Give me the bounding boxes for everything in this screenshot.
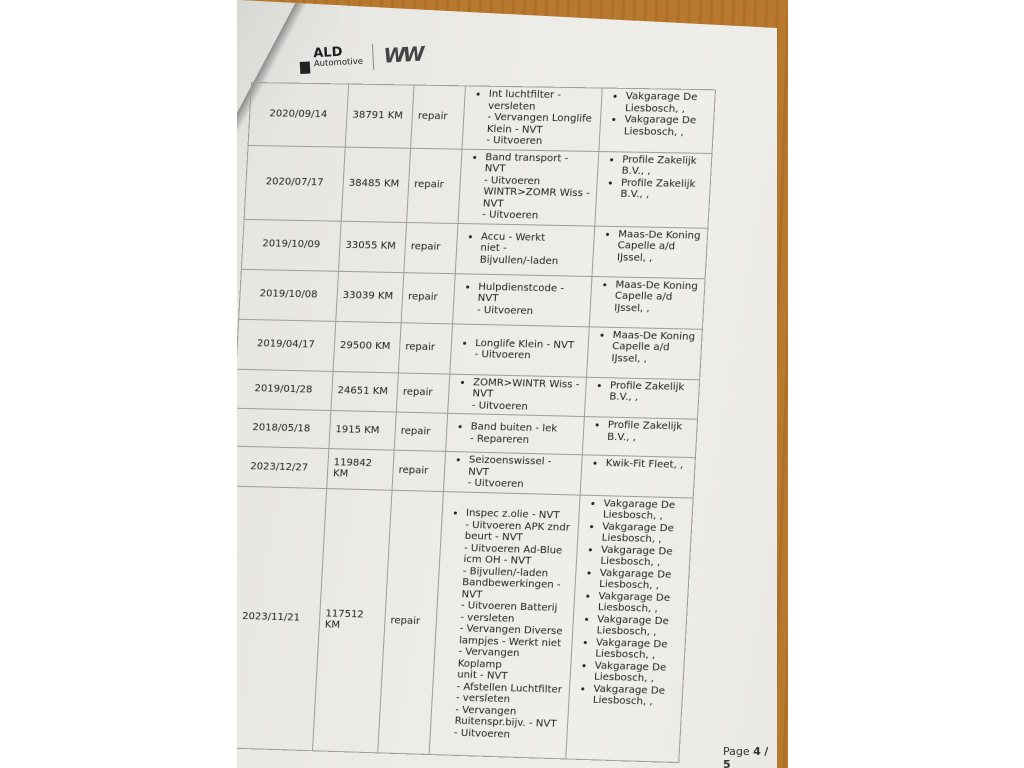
service-description: Hulpdienstcode -NVT- Uitvoeren bbox=[453, 273, 592, 326]
ald-automotive-logo: ALD Automotive bbox=[313, 45, 363, 69]
service-history-table-wrap: 2020/09/1438791 KMrepairInt luchtfilter … bbox=[237, 82, 716, 763]
garage-item: Profile Zakelijk B.V., , bbox=[607, 420, 692, 445]
garage-item: Kwik-Fit Fleet, , bbox=[605, 458, 689, 472]
description-item: ZOMR>WINTR Wiss -NVT- Uitvoeren bbox=[472, 377, 581, 414]
garage-item: Maas-De Koning Capelle a/d IJssel, , bbox=[617, 229, 703, 265]
service-description: Band buiten - lek- Repareren bbox=[446, 413, 585, 455]
garage-item: Vakgarage De Liesbosch, , bbox=[593, 683, 678, 709]
service-type: repair bbox=[392, 450, 446, 491]
page-separator: / bbox=[764, 745, 768, 758]
service-garage: Kwik-Fit Fleet, , bbox=[580, 455, 695, 498]
description-list: Band buiten - lek- Repareren bbox=[452, 421, 579, 447]
garage-item: Profile Zakelijk B.V., , bbox=[620, 177, 705, 202]
service-description: Band transport -NVT- UitvoerenWINTR>ZOMR… bbox=[458, 149, 599, 226]
service-type: repair bbox=[398, 322, 452, 373]
garage-list: Profile Zakelijk B.V., , bbox=[591, 379, 694, 405]
service-date: 2020/07/17 bbox=[244, 145, 345, 221]
logo-divider bbox=[372, 44, 374, 70]
service-garage: Profile Zakelijk B.V., , bbox=[584, 377, 699, 419]
service-garage: Maas-De Koning Capelle a/d IJssel, , bbox=[589, 276, 705, 329]
service-garage: Vakgarage De Liesbosch, ,Vakgarage De Li… bbox=[566, 495, 693, 762]
description-line: Int luchtfilter - bbox=[488, 89, 596, 102]
description-list: Accu - Werktniet -Bijvullen/-laden bbox=[461, 231, 589, 268]
garage-list: Maas-De Koning Capelle a/d IJssel, , bbox=[596, 279, 700, 316]
page-footer: Page 4 / 5 bbox=[723, 745, 777, 768]
description-item: Inspec z.olie - NVT- Uitvoeren APK zndrb… bbox=[454, 508, 574, 742]
garage-list: Profile Zakelijk B.V., ,Profile Zakelijk… bbox=[602, 154, 706, 202]
description-line: - Uitvoeren bbox=[472, 400, 580, 414]
description-item: Hulpdienstcode -NVT- Uitvoeren bbox=[477, 281, 586, 318]
service-date: 2019/04/17 bbox=[237, 319, 336, 371]
description-item: Int luchtfilter -versleten- Vervangen Lo… bbox=[486, 89, 597, 149]
garage-item: Vakgarage De Liesbosch, , bbox=[595, 637, 680, 663]
total-pages: 5 bbox=[723, 758, 731, 768]
page-label: Page bbox=[723, 745, 750, 758]
service-garage: Maas-De Koning Capelle a/d IJssel, , bbox=[587, 326, 703, 379]
garage-item: Vakgarage De Liesbosch, , bbox=[594, 660, 679, 686]
garage-list: Maas-De Koning Capelle a/d IJssel, , bbox=[598, 228, 702, 265]
table-row: 2020/07/1738485 KMrepairBand transport -… bbox=[244, 145, 712, 228]
garage-item: Maas-De Koning Capelle a/d IJssel, , bbox=[611, 329, 697, 366]
service-date: 2023/11/21 bbox=[237, 486, 327, 751]
garage-list: Kwik-Fit Fleet, , bbox=[587, 457, 690, 471]
partner-logo-icon: WW bbox=[383, 42, 422, 68]
service-date: 2019/01/28 bbox=[237, 369, 333, 411]
service-type: repair bbox=[411, 85, 466, 149]
current-page: 4 bbox=[753, 745, 761, 758]
description-line: - Uitvoeren bbox=[467, 478, 575, 492]
service-type: repair bbox=[407, 148, 462, 223]
description-line: - Vervangen Koplamp bbox=[458, 646, 567, 672]
service-mileage: 38485 KM bbox=[341, 147, 410, 222]
service-garage: Vakgarage De Liesbosch, ,Vakgarage De Li… bbox=[599, 88, 716, 153]
service-description: Inspec z.olie - NVT- Uitvoeren APK zndrb… bbox=[429, 491, 580, 758]
service-description: Accu - Werktniet -Bijvullen/-laden bbox=[455, 223, 594, 276]
service-history-body: 2020/09/1438791 KMrepairInt luchtfilter … bbox=[237, 83, 715, 763]
description-list: Hulpdienstcode -NVT- Uitvoeren bbox=[459, 281, 586, 318]
garage-item: Profile Zakelijk B.V., , bbox=[609, 380, 694, 405]
service-type: repair bbox=[394, 412, 447, 451]
service-type: repair bbox=[401, 272, 455, 323]
document-photo: ALD Automotive WW 2020/09/1438791 KMrepa… bbox=[237, 0, 788, 768]
description-line: Bijvullen/-laden bbox=[479, 254, 587, 268]
service-garage: Profile Zakelijk B.V., , bbox=[582, 417, 697, 458]
garage-item: Vakgarage De Liesbosch, , bbox=[598, 590, 683, 616]
service-description: Longlife Klein - NVT- Uitvoeren bbox=[450, 323, 589, 376]
paper-sheet: ALD Automotive WW 2020/09/1438791 KMrepa… bbox=[237, 0, 777, 768]
service-mileage: 29500 KM bbox=[333, 321, 401, 373]
service-mileage: 33039 KM bbox=[336, 271, 404, 322]
garage-list: Vakgarage De Liesbosch, ,Vakgarage De Li… bbox=[574, 497, 687, 709]
description-list: Seizoenswissel -NVT- Uitvoeren bbox=[449, 454, 576, 492]
garage-list: Vakgarage De Liesbosch, ,Vakgarage De Li… bbox=[605, 91, 709, 139]
description-item: Band transport -NVT- UitvoerenWINTR>ZOMR… bbox=[482, 152, 593, 223]
garage-list: Profile Zakelijk B.V., , bbox=[589, 419, 692, 445]
service-description: Seizoenswissel -NVT- Uitvoeren bbox=[443, 451, 582, 494]
garage-item: Vakgarage De Liesbosch, , bbox=[603, 498, 688, 523]
description-line: - Uitvoeren bbox=[477, 305, 585, 319]
service-mileage: 33055 KM bbox=[339, 221, 407, 272]
garage-item: Vakgarage De Liesbosch, , bbox=[625, 91, 710, 116]
ald-logo-icon bbox=[300, 61, 311, 74]
description-item: Accu - Werktniet -Bijvullen/-laden bbox=[479, 231, 588, 268]
description-item: Band buiten - lek- Repareren bbox=[470, 421, 579, 447]
garage-item: Vakgarage De Liesbosch, , bbox=[599, 567, 684, 593]
description-line: - Repareren bbox=[470, 433, 578, 447]
service-mileage: 38791 KM bbox=[345, 84, 414, 148]
service-mileage: 119842 KM bbox=[327, 449, 394, 490]
garage-item: Vakgarage De Liesbosch, , bbox=[624, 114, 709, 139]
garage-item: Maas-De Koning Capelle a/d IJssel, , bbox=[614, 279, 700, 316]
service-date: 2019/10/08 bbox=[239, 269, 339, 321]
service-date: 2018/05/18 bbox=[237, 408, 331, 448]
description-list: Band transport -NVT- UitvoerenWINTR>ZOMR… bbox=[464, 151, 593, 223]
service-history-table: 2020/09/1438791 KMrepairInt luchtfilter … bbox=[237, 82, 716, 763]
description-item: Seizoenswissel -NVT- Uitvoeren bbox=[467, 455, 576, 492]
service-description: ZOMR>WINTR Wiss -NVT- Uitvoeren bbox=[448, 374, 587, 417]
service-type: repair bbox=[396, 372, 450, 413]
description-list: Longlife Klein - NVT- Uitvoeren bbox=[456, 337, 583, 363]
table-row: 2020/09/1438791 KMrepairInt luchtfilter … bbox=[248, 83, 715, 153]
service-date: 2019/10/09 bbox=[241, 219, 341, 271]
description-list: ZOMR>WINTR Wiss -NVT- Uitvoeren bbox=[453, 376, 580, 414]
service-garage: Maas-De Koning Capelle a/d IJssel, , bbox=[592, 226, 708, 279]
description-list: Int luchtfilter -versleten- Vervangen Lo… bbox=[468, 88, 597, 148]
service-garage: Profile Zakelijk B.V., ,Profile Zakelijk… bbox=[595, 151, 712, 228]
description-line: - Uitvoeren bbox=[474, 349, 582, 363]
header-logo: ALD Automotive WW bbox=[299, 42, 422, 74]
description-line: - Uitvoeren bbox=[486, 135, 594, 148]
service-date: 2020/09/14 bbox=[248, 83, 349, 147]
garage-item: Vakgarage De Liesbosch, , bbox=[601, 521, 686, 546]
service-mileage: 24651 KM bbox=[331, 371, 398, 412]
service-date: 2023/12/27 bbox=[237, 446, 329, 488]
service-mileage: 1915 KM bbox=[329, 410, 396, 450]
service-description: Int luchtfilter -versleten- Vervangen Lo… bbox=[462, 86, 602, 151]
brand-secondary: Automotive bbox=[314, 58, 364, 69]
garage-item: Vakgarage De Liesbosch, , bbox=[600, 544, 685, 569]
garage-item: Vakgarage De Liesbosch, , bbox=[596, 614, 681, 640]
description-list: Inspec z.olie - NVT- Uitvoeren APK zndrb… bbox=[436, 507, 574, 742]
description-item: Longlife Klein - NVT- Uitvoeren bbox=[474, 337, 583, 363]
garage-list: Maas-De Koning Capelle a/d IJssel, , bbox=[593, 329, 697, 366]
table-row: 2023/11/21117512 KMrepairInspec z.olie -… bbox=[237, 486, 693, 763]
garage-item: Profile Zakelijk B.V., , bbox=[621, 154, 706, 179]
description-line: - Uitvoeren bbox=[482, 209, 590, 223]
service-type: repair bbox=[404, 222, 458, 273]
